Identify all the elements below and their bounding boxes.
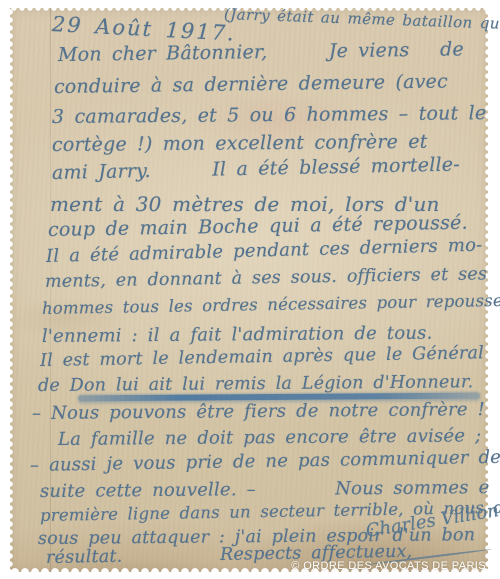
letter-line: suite cette nouvelle. – Nous sommes e: [40, 477, 490, 502]
letter-line: – aussi je vous prie de ne pas communiqu…: [30, 447, 500, 476]
letter-line: ments, en donnant à ses sous. officiers …: [45, 264, 487, 292]
letter-line: ami Jarry. Il a été blessé mortelle-: [52, 153, 460, 184]
page-background: 29 Août 1917. (Jarry était au même batai…: [0, 0, 500, 579]
letter-line: 3 camarades, et 5 ou 6 hommes – tout le: [52, 102, 487, 128]
letter-line: cortège !) mon excellent confrère et: [52, 131, 428, 156]
letter-line: hommes tous les ordres nécessaires pour …: [42, 291, 500, 318]
letter-content: 29 Août 1917. (Jarry était au même batai…: [0, 0, 500, 579]
letter-date: 29 Août 1917.: [51, 12, 236, 46]
letter-line: l'ennemi : il a fait l'admiration de tou…: [42, 323, 433, 347]
letter-line: conduire à sa dernière demeure (avec: [54, 71, 448, 98]
letter-line: Mon cher Bâtonnier, Je viens de: [58, 38, 464, 66]
letter-line: Il est mort le lendemain après que le Gé…: [40, 343, 484, 371]
letter-line: La famille ne doit pas encore être avisé…: [58, 425, 482, 450]
letter-line: – Nous pouvons être fiers de notre confr…: [32, 399, 485, 424]
margin-note: (Jarry était au même bataillon que moi): [224, 5, 500, 34]
copyright-credit: © ORDRE DES AVOCATS DE PARIS: [291, 560, 486, 572]
